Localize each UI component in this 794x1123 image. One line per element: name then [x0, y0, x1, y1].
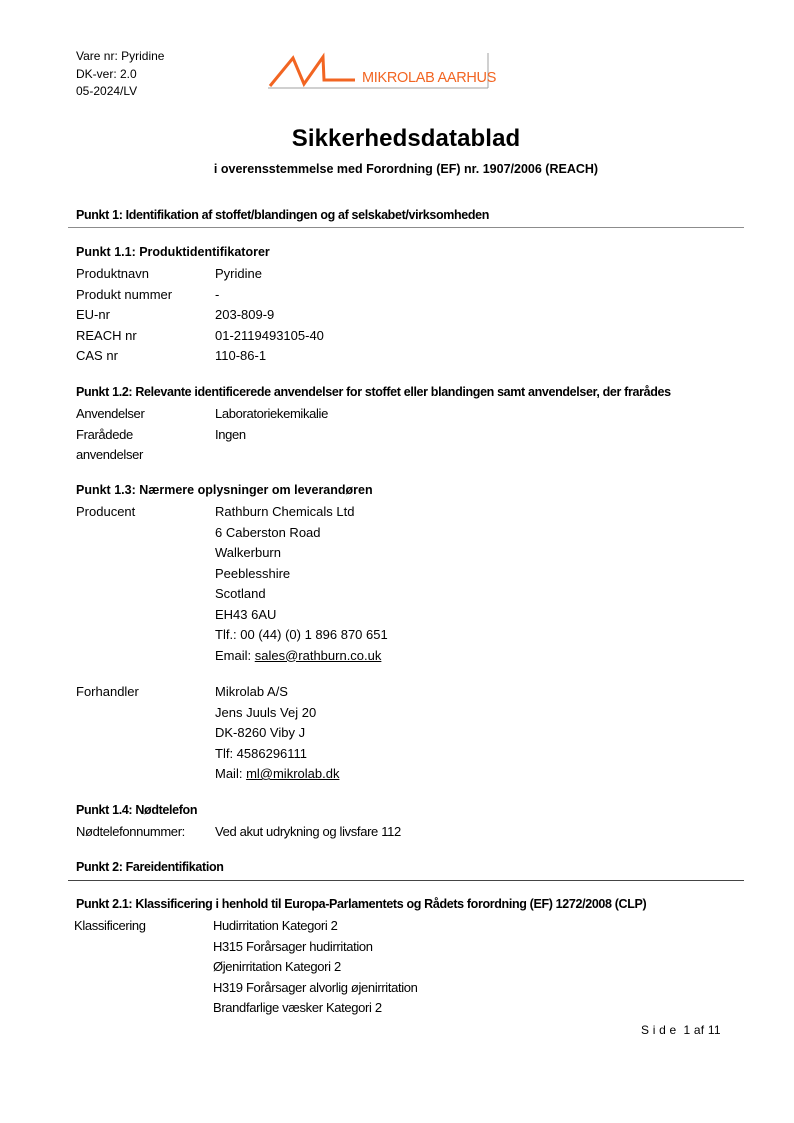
- row-label: Produkt nummer: [76, 285, 172, 306]
- table-row: anvendelser: [76, 445, 676, 466]
- row-value: 01-2119493105-40: [215, 326, 324, 347]
- row-label: EU-nr: [76, 305, 110, 326]
- page-subtitle: i overensstemmelse med Forordning (EF) n…: [0, 162, 794, 176]
- classification-line: H319 Forårsager alvorlig øjenirritation: [213, 978, 418, 999]
- row-value: Ingen: [215, 425, 246, 446]
- dealer-email-link[interactable]: ml@mikrolab.dk: [246, 766, 339, 781]
- table-row: EU-nr 203-809-9: [76, 305, 676, 326]
- dealer-line: Jens Juuls Vej 20: [215, 703, 316, 724]
- email-prefix: Email:: [215, 648, 255, 663]
- row-value: Pyridine: [215, 264, 262, 285]
- table-row: Frarådede Ingen: [76, 425, 676, 446]
- dealer-line: DK-8260 Viby J: [215, 723, 305, 744]
- classification: KlassificeringHudirritation Kategori 2 H…: [74, 916, 674, 1019]
- revision-date: 05-2024/LV: [76, 83, 164, 101]
- producer-label: Producent: [76, 502, 135, 523]
- emergency-phone-row: Nødtelefonnummer: Ved akut udrykning og …: [76, 822, 676, 843]
- producer-line: Scotland: [215, 584, 266, 605]
- section-2-heading: Punkt 2: Fareidentifikation: [76, 860, 224, 874]
- producer-line: Tlf.: 00 (44) (0) 1 896 870 651: [215, 625, 388, 646]
- table-row: Produkt nummer -: [76, 285, 676, 306]
- producer-line: EH43 6AU: [215, 605, 276, 626]
- classification-label: Klassificering: [74, 916, 146, 937]
- section-divider: [68, 227, 744, 228]
- producer-email-link[interactable]: sales@rathburn.co.uk: [255, 648, 382, 663]
- version: DK-ver: 2.0: [76, 66, 164, 84]
- email-prefix: Mail:: [215, 766, 246, 781]
- supplier-producer: ProducentRathburn Chemicals Ltd 6 Cabers…: [76, 502, 676, 666]
- row-value: 110-86-1: [215, 346, 266, 367]
- producer-email-line: Email: sales@rathburn.co.uk: [215, 646, 381, 667]
- table-row: Anvendelser Laboratoriekemikalie: [76, 404, 676, 425]
- supplier-dealer: ForhandlerMikrolab A/S Jens Juuls Vej 20…: [76, 682, 676, 785]
- classification-line: H315 Forårsager hudirritation: [213, 937, 373, 958]
- table-row: Produktnavn Pyridine: [76, 264, 676, 285]
- producer-line: 6 Caberston Road: [215, 523, 321, 544]
- row-value: -: [215, 285, 219, 306]
- row-label: CAS nr: [76, 346, 118, 367]
- product-number: Vare nr: Pyridine: [76, 48, 164, 66]
- mikrolab-logo: MIKROLAB AARHUS: [266, 50, 492, 92]
- section-1-1-heading: Punkt 1.1: Produktidentifikatorer: [76, 245, 270, 259]
- dealer-line: Tlf: 4586296111: [215, 744, 307, 765]
- row-value: 203-809-9: [215, 305, 274, 326]
- row-label: Frarådede: [76, 425, 133, 446]
- page-title: Sikkerhedsdatablad: [0, 125, 794, 153]
- table-row: REACH nr 01-2119493105-40: [76, 326, 676, 347]
- emergency-phone-label: Nødtelefonnummer:: [76, 822, 185, 843]
- identified-uses: Anvendelser Laboratoriekemikalie Fraråde…: [76, 404, 676, 466]
- emergency-phone-value: Ved akut udrykning og livsfare 112: [215, 822, 401, 843]
- section-divider: [68, 880, 744, 881]
- section-2-1-heading: Punkt 2.1: Klassificering i henhold til …: [76, 897, 646, 911]
- section-1-3-heading: Punkt 1.3: Nærmere oplysninger om levera…: [76, 483, 373, 497]
- producer-line: Rathburn Chemicals Ltd: [215, 502, 354, 523]
- row-value: Laboratoriekemikalie: [215, 404, 328, 425]
- classification-line: Øjenirritation Kategori 2: [213, 957, 341, 978]
- row-label: Anvendelser: [76, 404, 144, 425]
- producer-line: Walkerburn: [215, 543, 281, 564]
- dealer-email-line: Mail: ml@mikrolab.dk: [215, 764, 339, 785]
- dealer-label: Forhandler: [76, 682, 139, 703]
- document-meta: Vare nr: Pyridine DK-ver: 2.0 05-2024/LV: [76, 48, 164, 101]
- section-1-2-heading: Punkt 1.2: Relevante identificerede anve…: [76, 385, 671, 399]
- classification-line: Hudirritation Kategori 2: [213, 916, 338, 937]
- row-label: REACH nr: [76, 326, 137, 347]
- row-label: Produktnavn: [76, 264, 149, 285]
- page-number: S i d e 1 af 11: [641, 1023, 721, 1037]
- product-identifiers: Produktnavn Pyridine Produkt nummer - EU…: [76, 264, 676, 367]
- producer-line: Peeblesshire: [215, 564, 290, 585]
- logo-text: MIKROLAB AARHUS: [362, 70, 496, 86]
- table-row: CAS nr 110-86-1: [76, 346, 676, 367]
- section-1-4-heading: Punkt 1.4: Nødtelefon: [76, 803, 197, 817]
- classification-line: Brandfarlige væsker Kategori 2: [213, 998, 382, 1019]
- section-1-heading: Punkt 1: Identifikation af stoffet/bland…: [76, 208, 489, 222]
- dealer-line: Mikrolab A/S: [215, 682, 288, 703]
- row-label: anvendelser: [76, 445, 143, 466]
